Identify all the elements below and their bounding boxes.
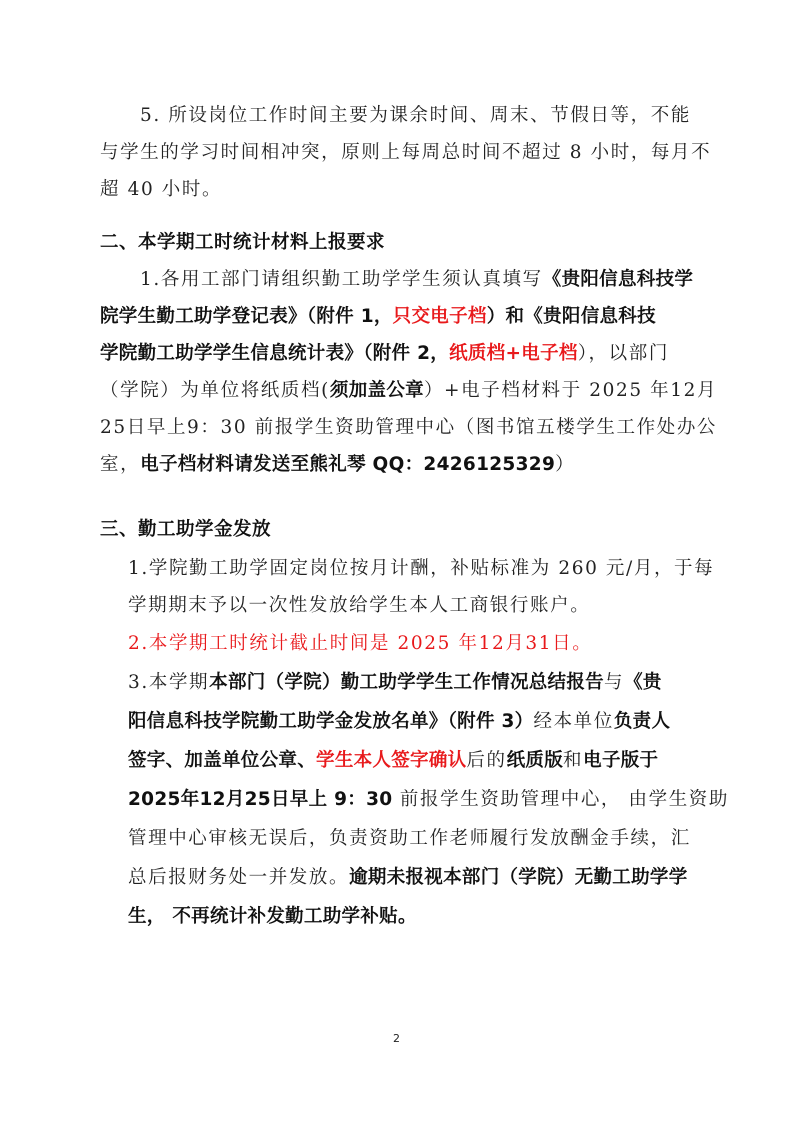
section3-item2: 2.本学期工时统计截止时间是 2025 年12月31日。	[128, 632, 728, 656]
bold-text: 《贵阳信息科技学	[543, 269, 693, 290]
red-bold-text: 只交电子档	[393, 306, 487, 327]
section2-item1-line5: 25日早上9：30 前报学生资助管理中心（图书馆五楼学生工作处办公	[100, 416, 700, 440]
text: 1.各用工部门请组织勤工助学学生须认真填写	[140, 269, 543, 290]
section3-item3-line6: 总后报财务处一并发放。逾期未报视本部门（学院）无勤工助学学	[128, 866, 728, 890]
text: 与	[604, 672, 624, 693]
page-number: 2	[0, 1032, 793, 1045]
section2-item1-line4: （学院）为单位将纸质档(须加盖公章）+电子档材料于 2025 年12月	[100, 379, 700, 403]
bold-text: 2025年12月25日早上 9：30	[128, 789, 392, 810]
section3-item1-line1: 1.学院勤工助学固定岗位按月计酬，补贴标准为 260 元/月，于每	[128, 557, 728, 581]
bold-text: 负责人	[614, 711, 670, 732]
bold-text: 阳信息科技学院勤工助学金发放名单》（附件 3）	[128, 711, 533, 732]
text: ）+电子档材料于 2025 年12月	[424, 380, 717, 401]
document-page: 5. 所设岗位工作时间主要为课余时间、周末、节假日等，不能 与学生的学习时间相冲…	[0, 0, 793, 1122]
section2-heading: 二、本学期工时统计材料上报要求	[100, 231, 700, 255]
bold-text: ）和	[487, 306, 525, 327]
section3-item3-line4: 2025年12月25日早上 9：30 前报学生资助管理中心， 由学生资助	[128, 788, 728, 812]
section3-item3-line3: 签字、加盖单位公章、学生本人签字确认后的纸质版和电子版于	[128, 749, 728, 773]
text: 室，	[100, 454, 140, 475]
text: （学院）为单位将纸质档(	[100, 380, 330, 401]
red-bold-text: 学生本人签字确认	[316, 750, 466, 771]
bold-text: 本部门（学院）勤工助学学生工作情况总结报告	[209, 672, 604, 693]
text: ）	[555, 454, 575, 475]
section3-item3-line7: 生， 不再统计补发勤工助学补贴。	[128, 905, 728, 929]
text: 经本单位	[533, 711, 613, 732]
bold-text: 《贵	[624, 672, 662, 693]
text: 前报学生资助管理中心， 由学生资助	[392, 789, 729, 810]
section3-heading: 三、勤工助学金发放	[100, 518, 700, 542]
text: 后的	[466, 750, 506, 771]
para5-line2: 与学生的学习时间相冲突，原则上每周总时间不超过 8 小时，每月不	[100, 141, 700, 165]
bold-text: 纸质版	[507, 750, 563, 771]
para5-line3: 超 40 小时。	[100, 178, 700, 202]
section2-item1-line2: 院学生勤工助学登记表》（附件 1，只交电子档）和《贵阳信息科技	[100, 305, 700, 329]
section3-item3-line1: 3.本学期本部门（学院）勤工助学学生工作情况总结报告与《贵	[128, 671, 728, 695]
section3-item1-line2: 学期期末予以一次性发放给学生本人工商银行账户。	[128, 594, 728, 618]
text: 总后报财务处一并发放。	[128, 867, 349, 888]
bold-text: 院学生勤工助学登记表》（附件 1，	[100, 306, 393, 327]
section3-item3-line5: 管理中心审核无误后，负责资助工作老师履行发放酬金手续，汇	[128, 827, 728, 851]
bold-text: 签字、加盖单位公章、	[128, 750, 316, 771]
section3-item3-line2: 阳信息科技学院勤工助学金发放名单》（附件 3）经本单位负责人	[128, 710, 728, 734]
section2-item1-line1: 1.各用工部门请组织勤工助学学生须认真填写《贵阳信息科技学	[140, 268, 740, 292]
section2-item1-line3: 学院勤工助学学生信息统计表》（附件 2，纸质档+电子档），以部门	[100, 342, 700, 366]
para5-line1: 5. 所设岗位工作时间主要为课余时间、周末、节假日等，不能	[140, 104, 740, 128]
text: 3.本学期	[128, 672, 209, 693]
bold-text: 学院勤工助学学生信息统计表》（附件 2，	[100, 343, 449, 364]
bold-text: 逾期未报视本部门（学院）无勤工助学学	[349, 867, 687, 888]
bold-text: 电子版于	[583, 750, 658, 771]
text: ），以部门	[578, 343, 669, 364]
section2-item1-line6: 室，电子档材料请发送至熊礼琴 QQ：2426125329）	[100, 453, 700, 477]
bold-text: 电子档材料请发送至熊礼琴 QQ：2426125329	[140, 454, 555, 475]
bold-text: 须加盖公章	[330, 380, 424, 401]
red-bold-text: 纸质档+电子档	[449, 343, 578, 364]
bold-text: 《贵阳信息科技	[524, 306, 656, 327]
text: 和	[563, 750, 583, 771]
